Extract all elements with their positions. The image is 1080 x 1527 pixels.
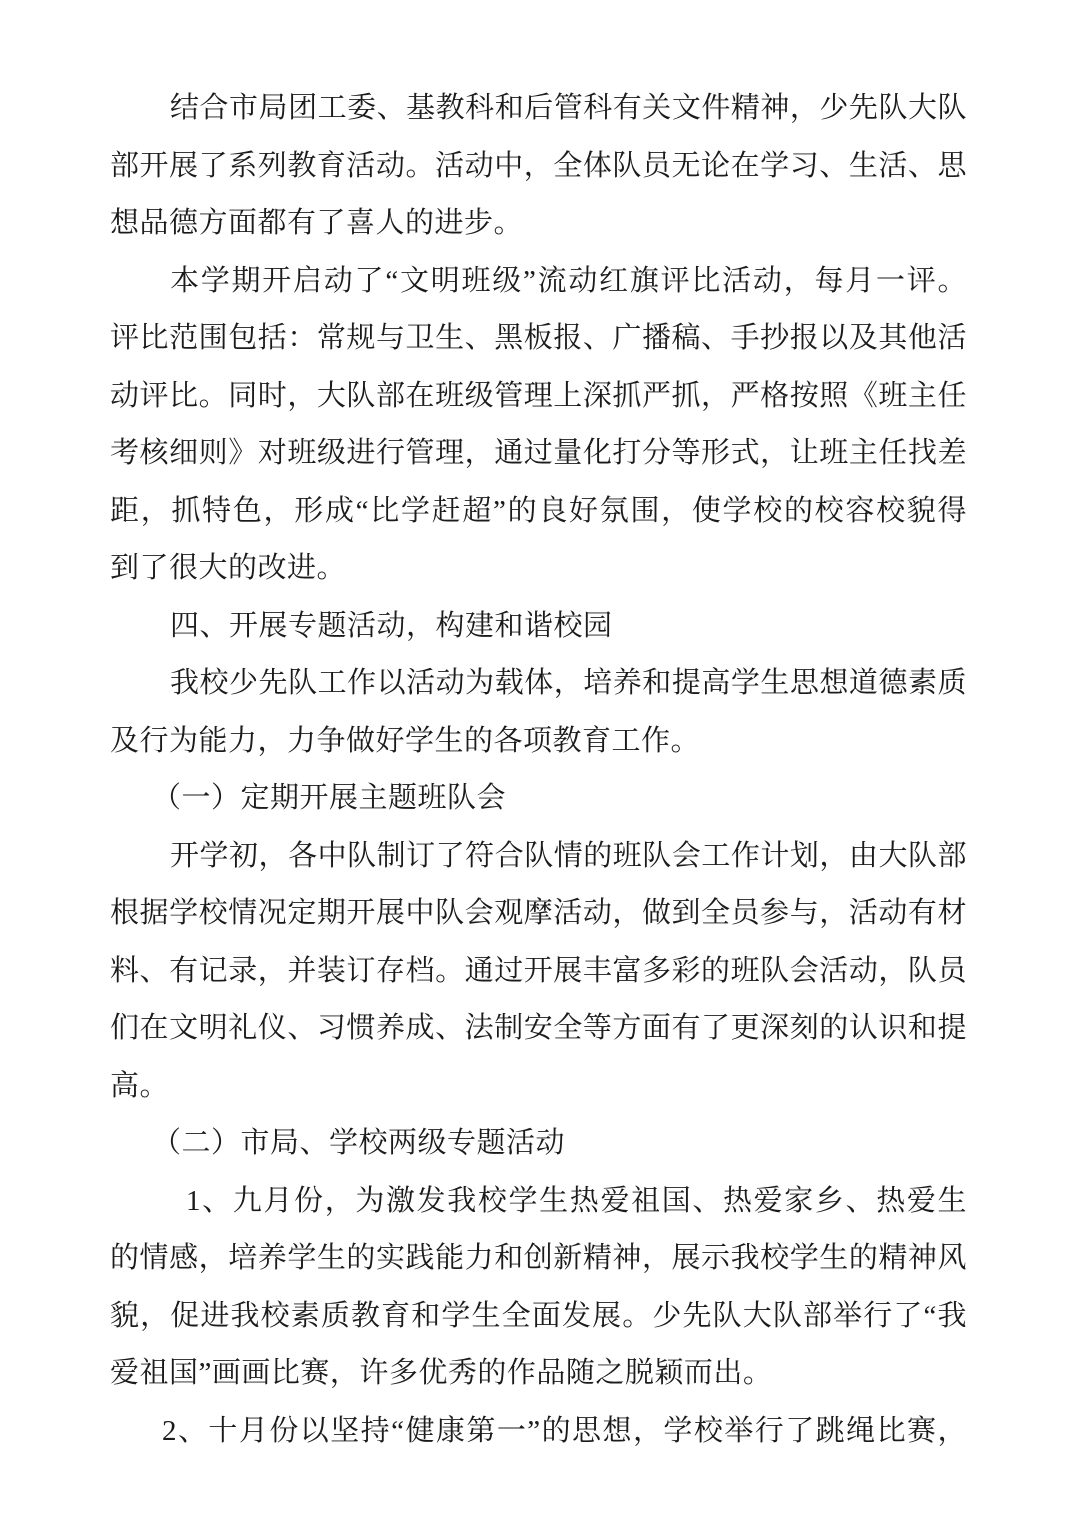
text-line: 貌，促进我校素质教育和学生全面发展。少先队大队部举行了“我 bbox=[110, 1288, 967, 1346]
text-line: 料、有记录，并装订存档。通过开展丰富多彩的班队会活动，队员 bbox=[110, 943, 967, 1001]
text-line: 我校少先队工作以活动为载体，培养和提高学生思想道德素质 bbox=[110, 655, 967, 713]
document-page: 结合市局团工委、基教科和后管科有关文件精神，少先队大队部开展了系列教育活动。活动… bbox=[0, 0, 1080, 1527]
text-line: （一）定期开展主题班队会 bbox=[110, 770, 967, 828]
text-line: 四、开展专题活动，构建和谐校园 bbox=[110, 598, 967, 656]
text-line: 开学初，各中队制订了符合队情的班队会工作计划，由大队部 bbox=[110, 828, 967, 886]
text-line: 考核细则》对班级进行管理，通过量化打分等形式，让班主任找差 bbox=[110, 425, 967, 483]
text-line: 2、十月份以坚持“健康第一”的思想，学校举行了跳绳比赛， bbox=[110, 1403, 967, 1461]
text-line: 及行为能力，力争做好学生的各项教育工作。 bbox=[110, 713, 967, 771]
text-line: 结合市局团工委、基教科和后管科有关文件精神，少先队大队 bbox=[110, 80, 967, 138]
text-line: 高。 bbox=[110, 1058, 967, 1116]
text-line: 动评比。同时，大队部在班级管理上深抓严抓，严格按照《班主任 bbox=[110, 368, 967, 426]
text-line: 想品德方面都有了喜人的进步。 bbox=[110, 195, 967, 253]
text-line: （二）市局、学校两级专题活动 bbox=[110, 1115, 967, 1173]
text-line: 们在文明礼仪、习惯养成、法制安全等方面有了更深刻的认识和提 bbox=[110, 1000, 967, 1058]
text-line: 1、九月份，为激发我校学生热爱祖国、热爱家乡、热爱生活 bbox=[110, 1173, 967, 1231]
text-line: 部开展了系列教育活动。活动中，全体队员无论在学习、生活、思 bbox=[110, 138, 967, 196]
text-line: 的情感，培养学生的实践能力和创新精神，展示我校学生的精神风 bbox=[110, 1230, 967, 1288]
text-line: 距，抓特色，形成“比学赶超”的良好氛围，使学校的校容校貌得 bbox=[110, 483, 967, 541]
text-line: 爱祖国”画画比赛，许多优秀的作品随之脱颖而出。 bbox=[110, 1345, 967, 1403]
text-line: 到了很大的改进。 bbox=[110, 540, 967, 598]
text-line: 评比范围包括：常规与卫生、黑板报、广播稿、手抄报以及其他活 bbox=[110, 310, 967, 368]
document-body: 结合市局团工委、基教科和后管科有关文件精神，少先队大队部开展了系列教育活动。活动… bbox=[110, 80, 967, 1460]
text-line: 本学期开启动了“文明班级”流动红旗评比活动，每月一评。 bbox=[110, 253, 967, 311]
text-line: 根据学校情况定期开展中队会观摩活动，做到全员参与，活动有材 bbox=[110, 885, 967, 943]
